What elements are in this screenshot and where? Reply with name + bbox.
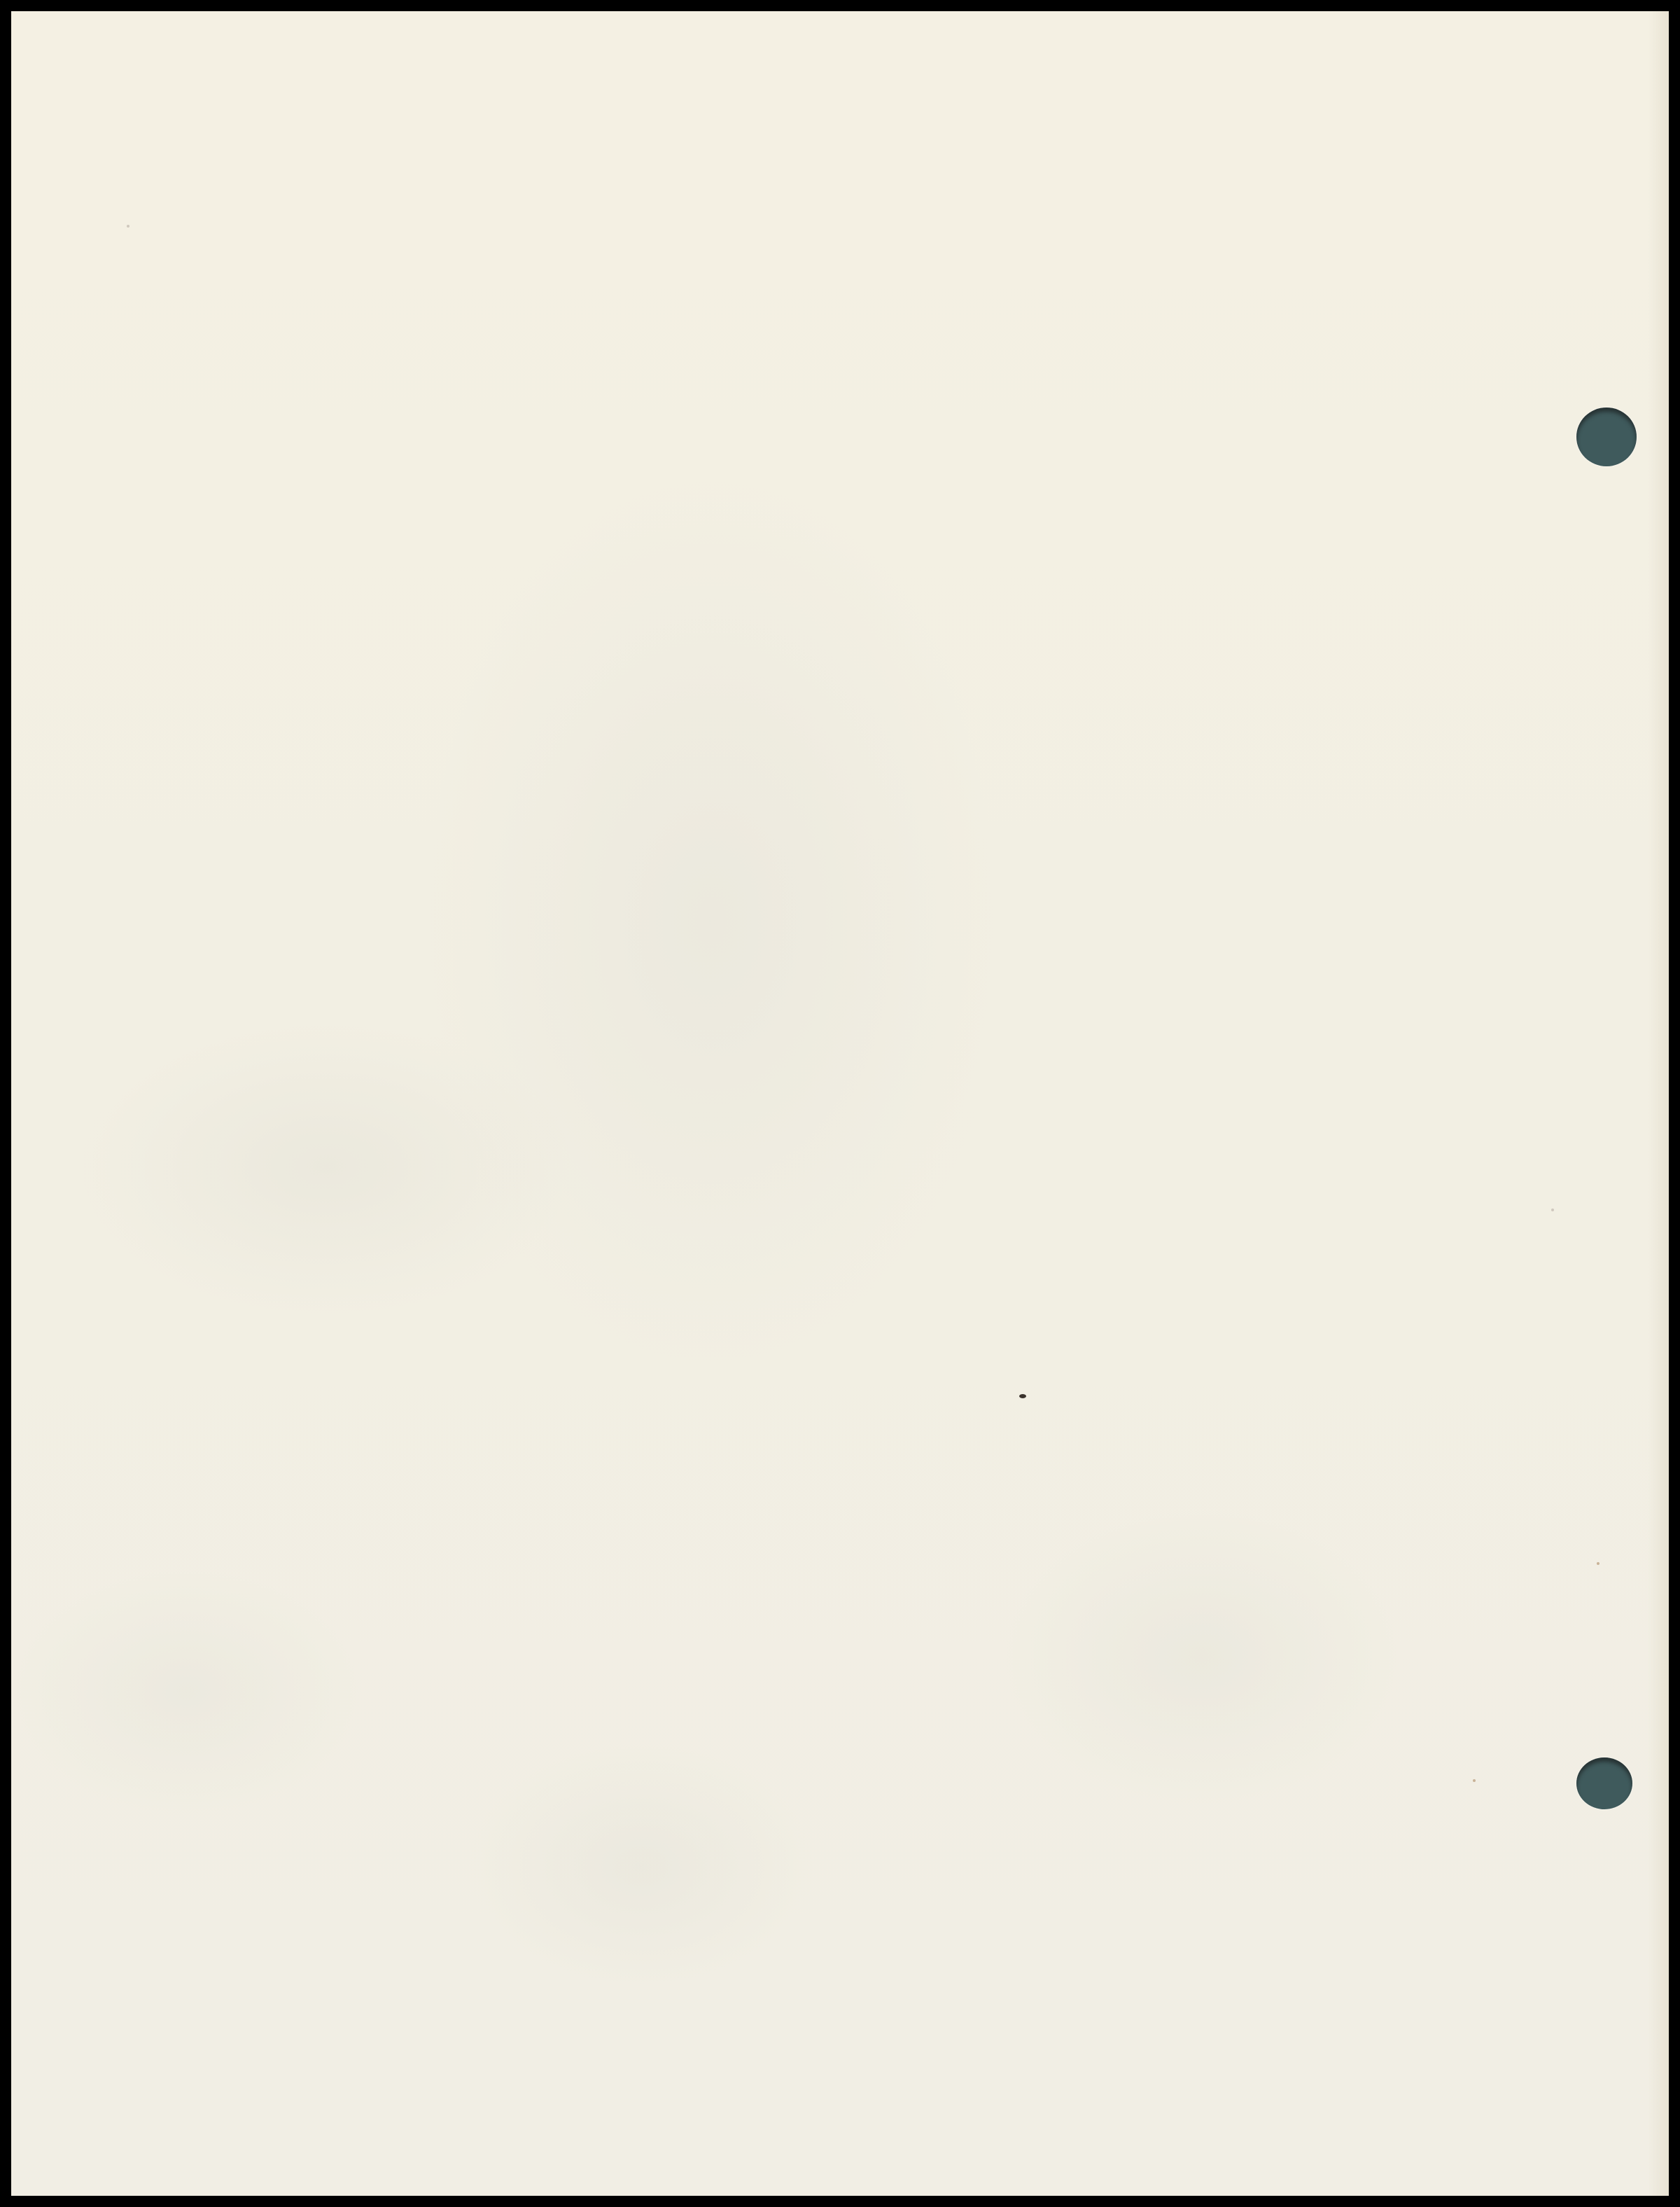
paper-edge-shading (1648, 11, 1669, 2196)
scan-border (0, 0, 1680, 2207)
paper-speck (1473, 1779, 1476, 1782)
blank-paper-page (11, 11, 1669, 2196)
paper-speck (1551, 1209, 1554, 1211)
punch-hole-top (1576, 408, 1637, 466)
ink-speck (1019, 1394, 1026, 1398)
paper-speck (1597, 1562, 1599, 1565)
paper-speck (127, 225, 129, 228)
punch-hole-bottom (1576, 1757, 1632, 1809)
